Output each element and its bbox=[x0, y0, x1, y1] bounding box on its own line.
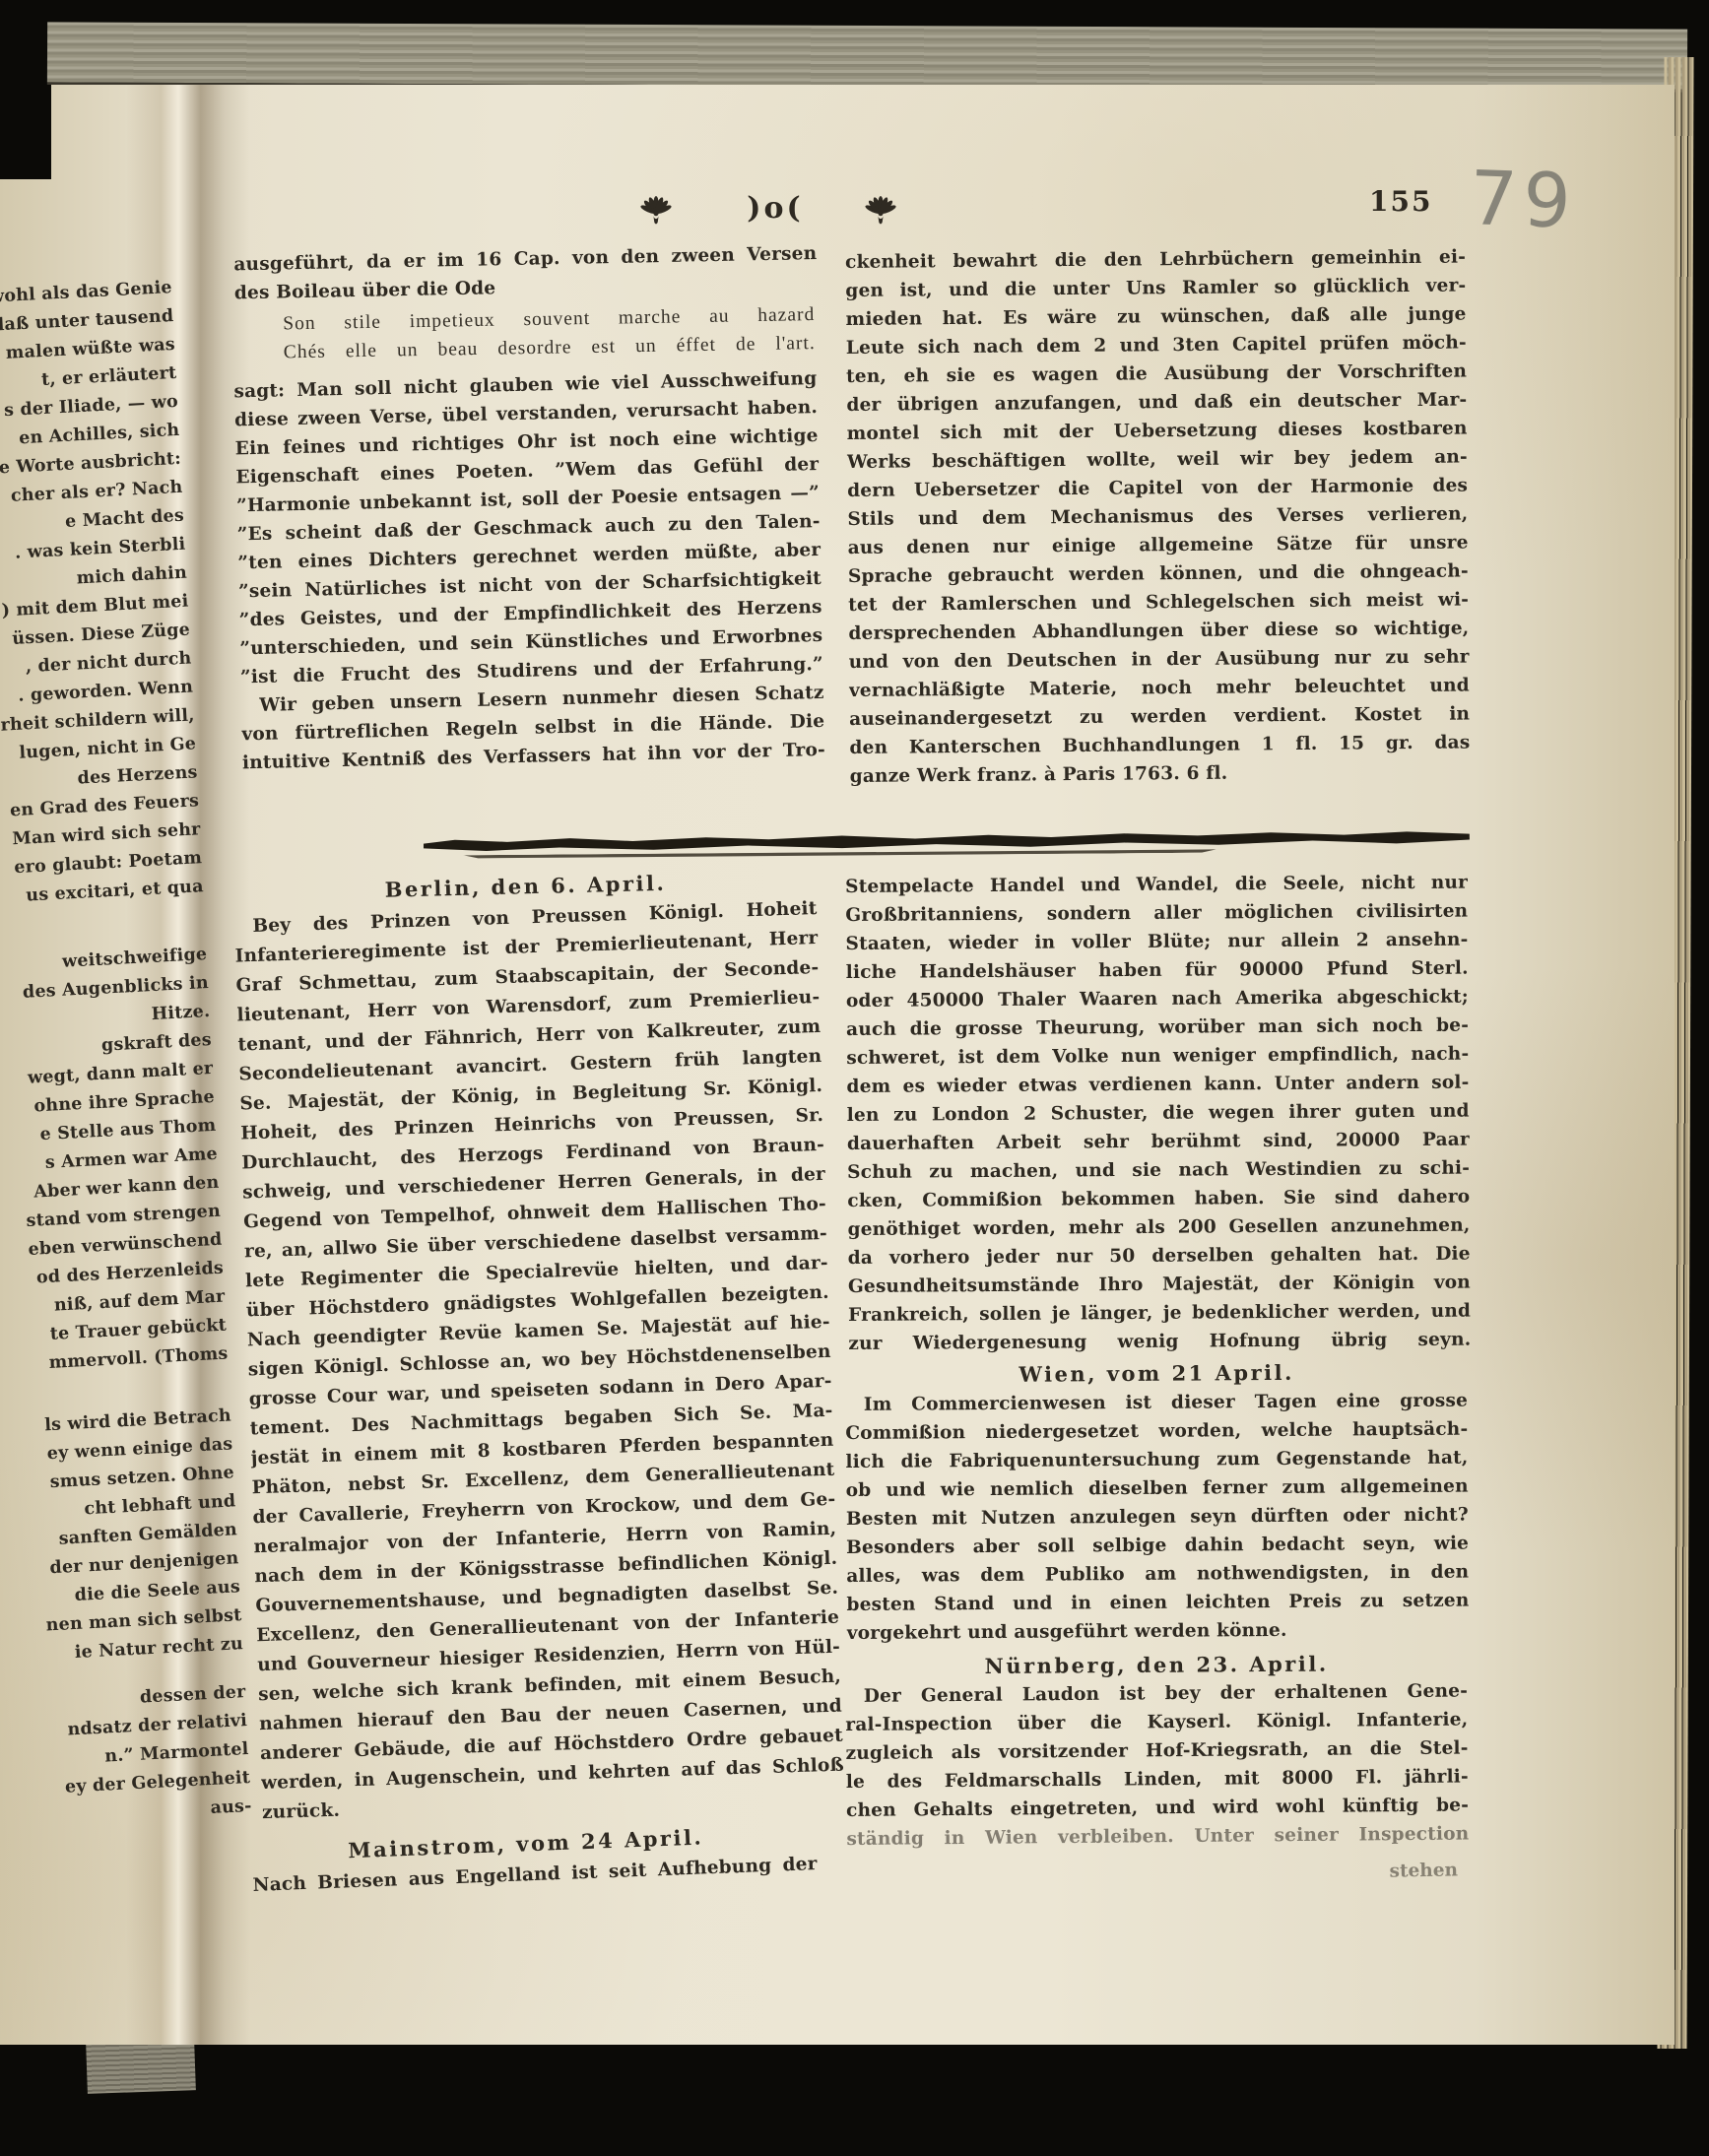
french-verse-quote: Son stile impetieux souvent marche au ha… bbox=[283, 300, 816, 366]
text-line: genöthiget worden, mehr als 200 Gesellen… bbox=[847, 1211, 1470, 1244]
text-line: cken, Commißion bekommen haben. Sie sind… bbox=[847, 1183, 1470, 1215]
printed-page-number: 155 bbox=[1369, 185, 1432, 218]
text-line: da vorhero jeder nur 50 derselben gehalt… bbox=[848, 1240, 1471, 1273]
text-line: dem es wieder etwas verdienen kann. Unte… bbox=[846, 1069, 1469, 1101]
handwritten-folio-number: 79 bbox=[1468, 154, 1578, 245]
book-bottom-edge bbox=[86, 2039, 196, 2094]
text-line: schweret, ist dem Volke nun weniger empf… bbox=[846, 1040, 1469, 1073]
shell-ornament-icon bbox=[638, 195, 674, 227]
fragment-group-4: dessen der gesundenndsatz der relativin.… bbox=[48, 1678, 252, 1831]
text-line: vorgekehrt und ausgeführt werden könne. bbox=[847, 1615, 1470, 1648]
text-line: Schuh zu machen, und sie nach Westindien… bbox=[847, 1154, 1470, 1187]
left-column-upper-body: sagt: Man soll nicht glauben wie viel Au… bbox=[233, 364, 825, 777]
text-line: ganze Werk franz. à Paris 1763. 6 fl. bbox=[850, 756, 1471, 790]
header-signature-mark: )o( bbox=[731, 191, 820, 226]
text-line: ständig in Wien verbleiben. Unter seiner… bbox=[846, 1819, 1469, 1854]
text-line: besten Stand und in einen leichten Preis… bbox=[846, 1587, 1469, 1619]
shell-ornament-icon bbox=[863, 195, 898, 227]
text-line: Stempelacte Handel und Wandel, die Seele… bbox=[845, 869, 1468, 901]
wien-section-body: Im Commercienwesen ist dieser Tagen eine… bbox=[845, 1387, 1470, 1648]
text-line: Commißion niedergesetzet worden, welche … bbox=[845, 1415, 1468, 1448]
text-line: Besonders aber soll selbige dahin bedach… bbox=[846, 1530, 1469, 1562]
catchword: stehen bbox=[1281, 1860, 1458, 1883]
corner-shadow bbox=[0, 85, 51, 179]
wien-section-heading: Wien, vom 21 April. bbox=[845, 1357, 1468, 1391]
text-line: Besten mit Nutzen anzulegen seyn dürften… bbox=[846, 1501, 1469, 1534]
fragment-group-3: ls wird die Betrachey wenn einige dassmu… bbox=[33, 1402, 243, 1668]
text-line: zur Wiedergenesung wenig Hofnung übrig s… bbox=[848, 1326, 1471, 1358]
text-line: den Kanterschen Buchhandlungen 1 fl. 15 … bbox=[849, 728, 1470, 761]
scanned-book-page: wohl als das Genie, daß unter tausendu m… bbox=[0, 0, 1709, 2156]
text-line: Großbritanniens, sondern aller möglichen… bbox=[845, 897, 1468, 930]
text-line: len zu London 2 Schuster, die wegen ihre… bbox=[847, 1097, 1470, 1130]
fragment-group-2: weitschweifige blindedes Augenblicks inH… bbox=[10, 941, 229, 1379]
text-line: Frankreich, sollen je länger, je bedenkl… bbox=[848, 1297, 1471, 1330]
text-line: Im Commercienwesen ist dieser Tagen eine… bbox=[845, 1387, 1468, 1419]
book-top-page-stack-edge bbox=[47, 22, 1687, 92]
stempelacte-news-body: Stempelacte Handel und Wandel, die Seele… bbox=[845, 869, 1471, 1358]
left-column-intro: ausgeführt, da er im 16 Cap. von den zwe… bbox=[233, 239, 818, 307]
text-line: alles, was dem Publiko am nothwendigsten… bbox=[846, 1558, 1469, 1591]
text-line: liche Handelshäuser haben für 90000 Pfun… bbox=[846, 954, 1469, 987]
text-line: dauerhaften Arbeit sehr berühmt sind, 20… bbox=[847, 1126, 1470, 1158]
fragment-group-1: wohl als das Genie, daß unter tausendu m… bbox=[0, 274, 204, 912]
text-line: Gesundheitsumstände Ihro Majestät, der K… bbox=[848, 1269, 1471, 1301]
text-line: ob und wie nemlich dieselben ferner zum … bbox=[846, 1472, 1469, 1505]
text-line: auch die grosse Theurung, worüber man si… bbox=[846, 1012, 1469, 1044]
berlin-section-body: Bey des Prinzen von Preussen Königl. Hoh… bbox=[233, 894, 845, 1828]
text-line: oder 450000 Thaler Waaren nach Amerika a… bbox=[846, 983, 1469, 1015]
right-column-upper-body: ckenheit bewahrt die den Lehrbüchern gem… bbox=[845, 243, 1471, 791]
text-line: lich die Fabriquenuntersuchung zum Gegen… bbox=[845, 1444, 1468, 1476]
nuernberg-section-body: Der General Laudon ist bey der erhaltene… bbox=[845, 1676, 1469, 1854]
text-line: Staaten, wieder in voller Blüte; nur all… bbox=[845, 926, 1468, 958]
